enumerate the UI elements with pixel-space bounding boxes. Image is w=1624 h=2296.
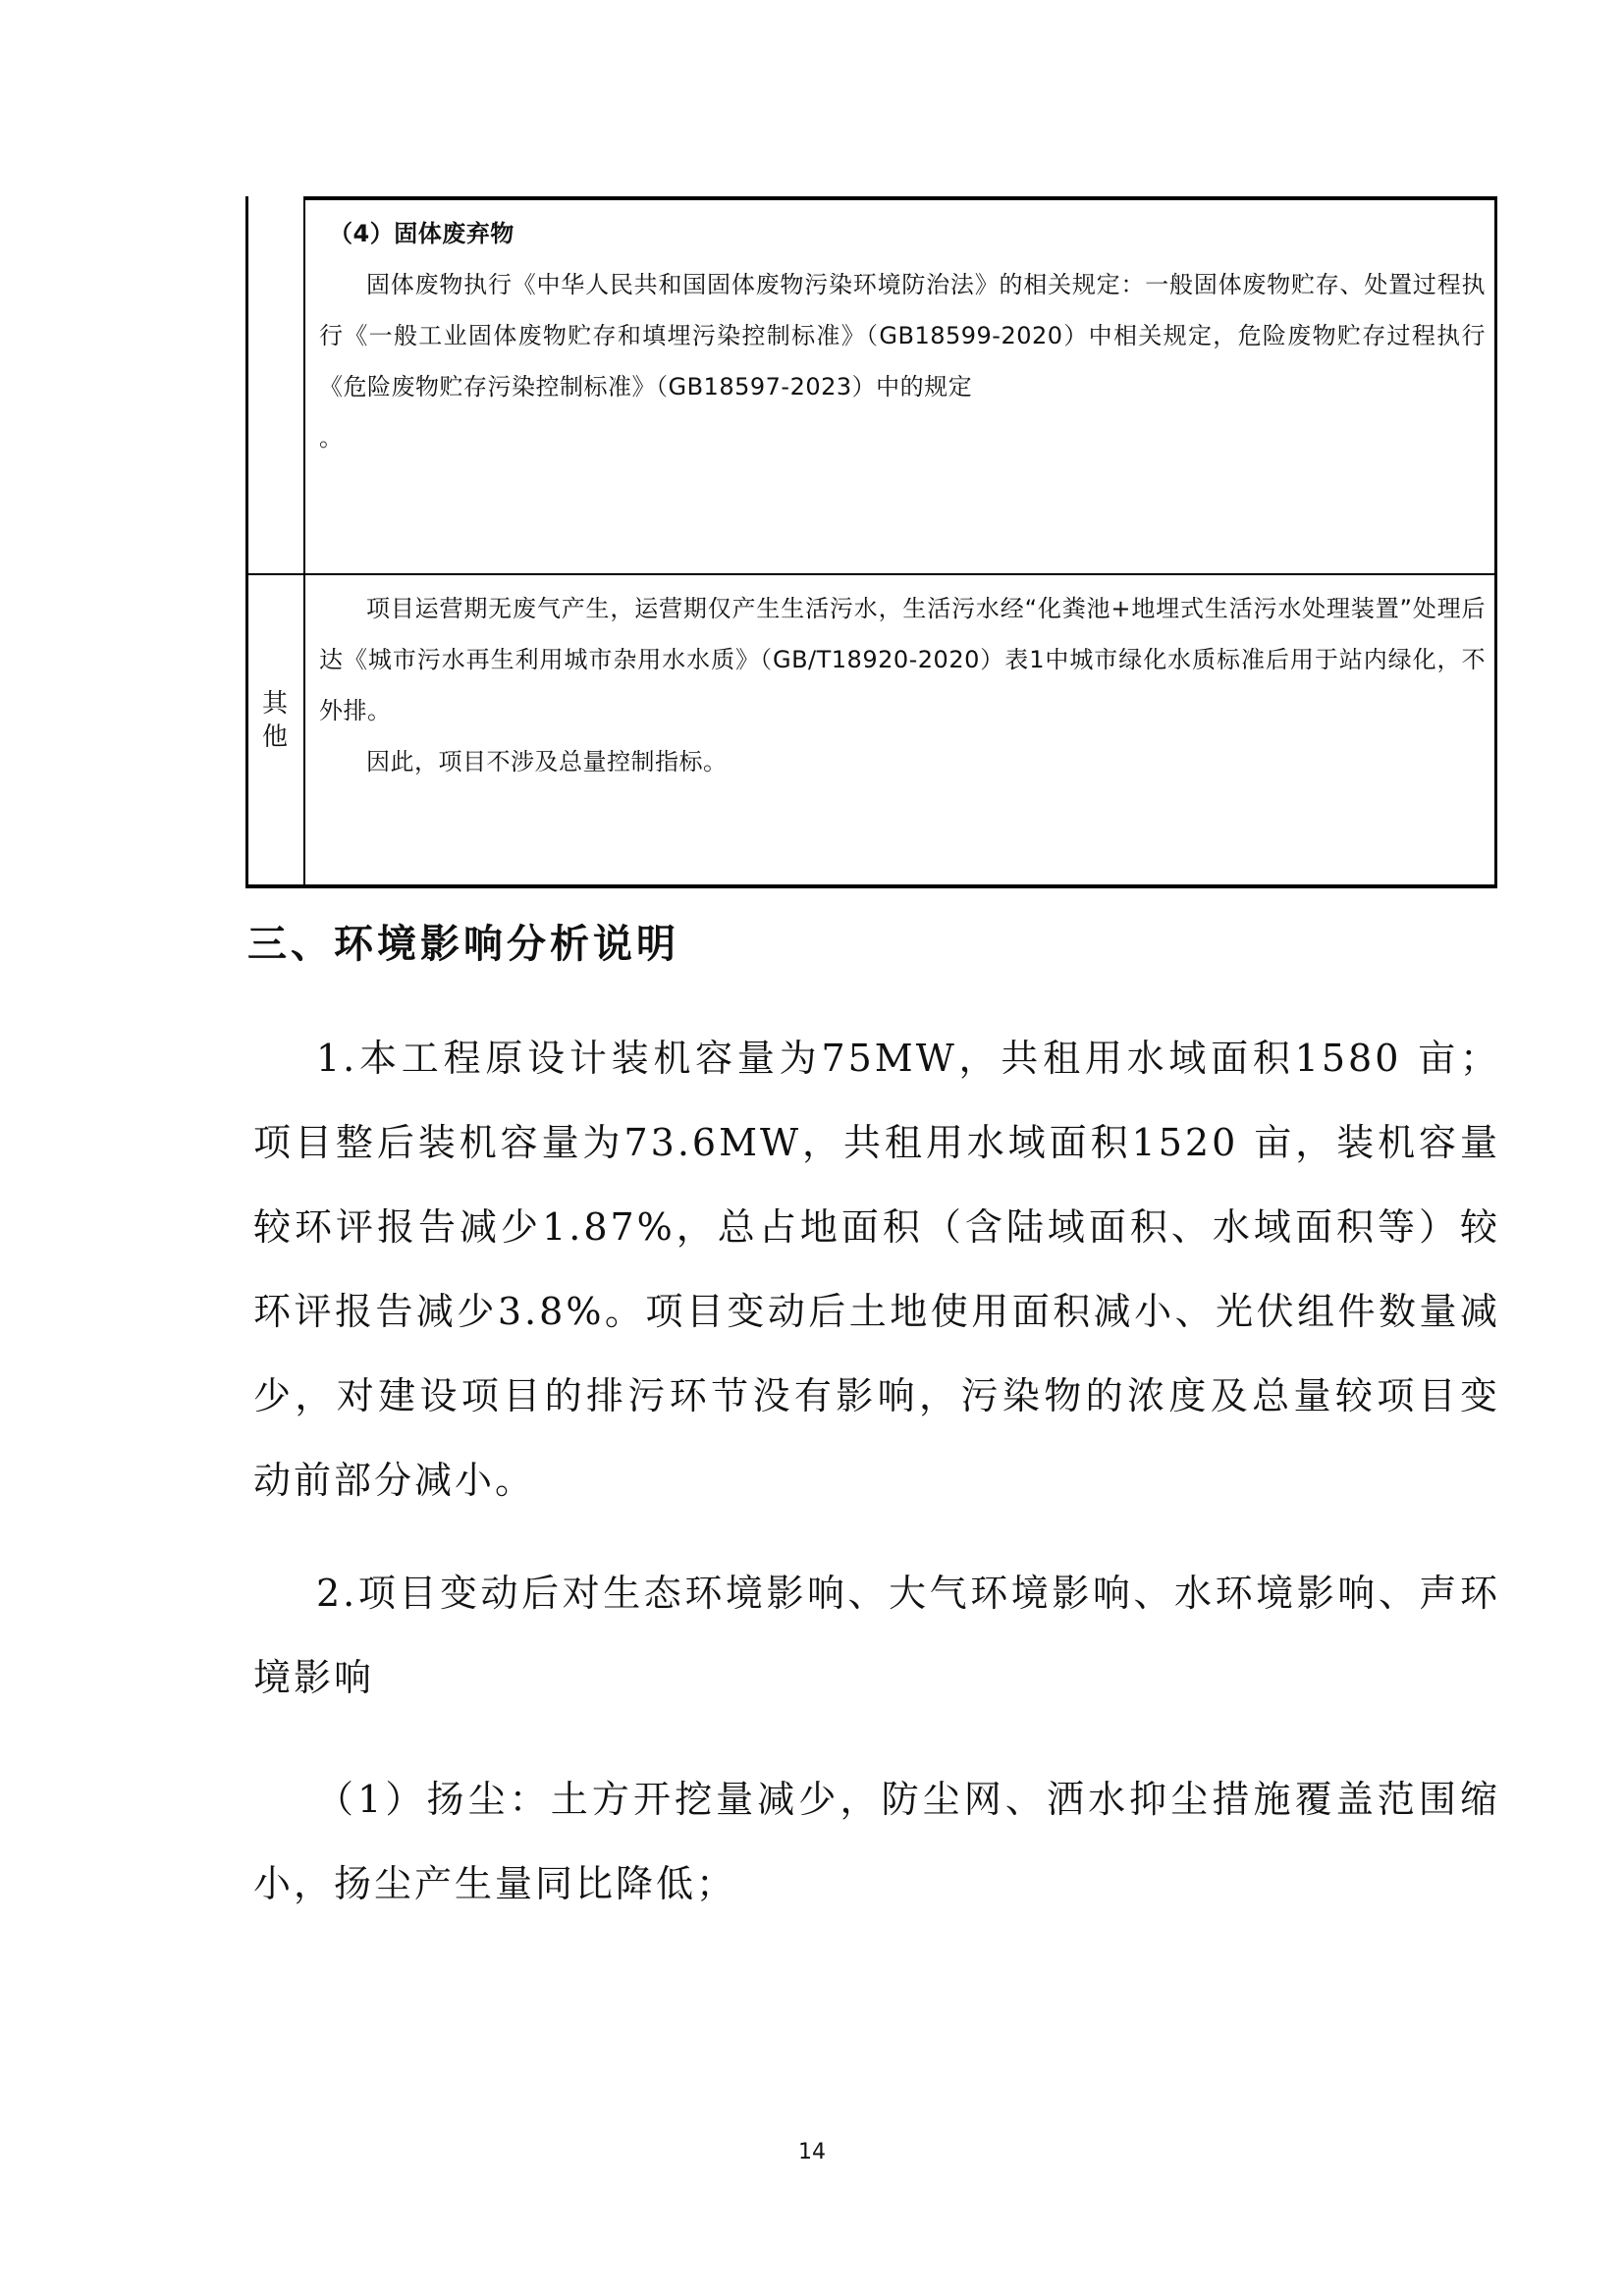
solid-waste-paragraph: 固体废物执行《中华人民共和国固体废物污染环境防治法》的相关规定：一般固体废物贮存…: [319, 259, 1486, 412]
table-row-divider: [245, 573, 1497, 575]
table-border-right: [1494, 196, 1497, 888]
other-label-char-1: 其: [253, 687, 297, 721]
paragraph-capacity-change: 1.本工程原设计装机容量为75MW，共租用水域面积1580 亩；项目整后装机容量…: [253, 1016, 1500, 1522]
other-label-char-2: 他: [253, 721, 297, 754]
other-row-label: 其 他: [253, 687, 297, 754]
table-border-left: [245, 196, 248, 888]
body-paragraph-2: 2.项目变动后对生态环境影响、大气环境影响、水环境影响、声环境影响: [253, 1551, 1500, 1720]
pollutant-table: （4）固体废弃物 固体废物执行《中华人民共和国固体废物污染环境防治法》的相关规定…: [245, 196, 1497, 888]
document-page: （4）固体废弃物 固体废物执行《中华人民共和国固体废物污染环境防治法》的相关规定…: [0, 0, 1624, 2296]
body-paragraph-3: （1）扬尘：土方开挖量减少，防尘网、洒水抑尘措施覆盖范围缩小，扬尘产生量同比降低…: [253, 1757, 1500, 1926]
paragraph-dust: （1）扬尘：土方开挖量减少，防尘网、洒水抑尘措施覆盖范围缩小，扬尘产生量同比降低…: [253, 1757, 1500, 1926]
other-paragraph-conclusion: 因此，项目不涉及总量控制指标。: [319, 736, 1486, 787]
section-heading: 三、环境影响分析说明: [247, 913, 679, 969]
table-column-divider: [303, 196, 305, 888]
table-row-solid-waste: （4）固体废弃物 固体废物执行《中华人民共和国固体废物污染环境防治法》的相关规定…: [319, 208, 1486, 463]
paragraph-impact-list: 2.项目变动后对生态环境影响、大气环境影响、水环境影响、声环境影响: [253, 1551, 1500, 1720]
page-number: 14: [0, 2140, 1624, 2164]
table-border-bottom: [245, 884, 1497, 888]
table-row-other: 项目运营期无废气产生，运营期仅产生生活污水，生活污水经“化粪池+地埋式生活污水处…: [319, 583, 1486, 787]
solid-waste-heading: （4）固体废弃物: [329, 208, 1486, 259]
other-paragraph-wastewater: 项目运营期无废气产生，运营期仅产生生活污水，生活污水经“化粪池+地埋式生活污水处…: [319, 583, 1486, 736]
body-paragraph-1: 1.本工程原设计装机容量为75MW，共租用水域面积1580 亩；项目整后装机容量…: [253, 1016, 1500, 1522]
solid-waste-period: 。: [319, 412, 1486, 463]
table-border-top: [303, 196, 1497, 200]
